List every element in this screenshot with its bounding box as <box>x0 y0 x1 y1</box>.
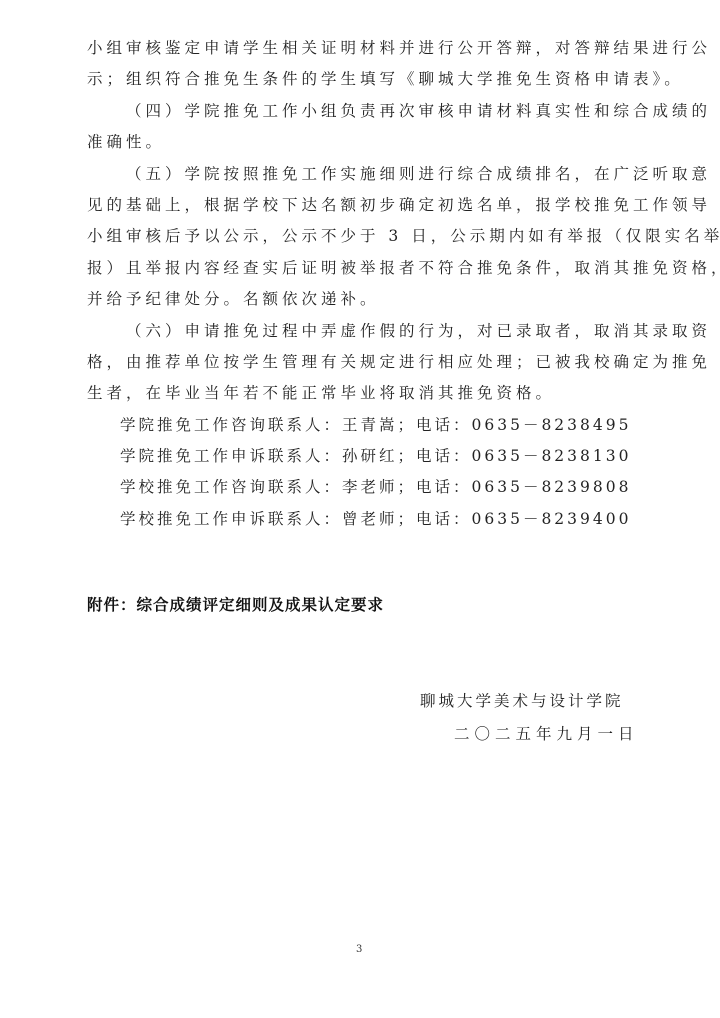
page-number: 3 <box>356 944 362 955</box>
paragraph-line: 准确性。 <box>87 127 635 158</box>
attachment-title: 附件：综合成绩评定细则及成果认定要求 <box>87 593 384 615</box>
paragraph-line: （六）申请推免过程中弄虚作假的行为，对已录取者，取消其录取资 <box>87 316 635 347</box>
paragraph-line: 小组审核鉴定申请学生相关证明材料并进行公开答辩，对答辩结果进行公 <box>87 33 635 64</box>
paragraph-line: 见的基础上，根据学校下达名额初步确定初选名单，报学校推免工作领导 <box>87 190 635 221</box>
signature-organization: 聊城大学美术与设计学院 <box>420 685 639 718</box>
paragraph-line: 生者，在毕业当年若不能正常毕业将取消其推免资格。 <box>87 378 635 409</box>
document-page: 小组审核鉴定申请学生相关证明材料并进行公开答辩，对答辩结果进行公 示；组织符合推… <box>0 0 720 1018</box>
paragraph-line: （四）学院推免工作小组负责再次审核申请材料真实性和综合成绩的 <box>87 96 635 127</box>
signature-block: 聊城大学美术与设计学院 二〇二五年九月一日 <box>420 685 639 751</box>
body-text: 小组审核鉴定申请学生相关证明材料并进行公开答辩，对答辩结果进行公 示；组织符合推… <box>87 33 635 535</box>
contact-line: 学校推免工作咨询联系人：李老师；电话：0635－8239808 <box>87 472 635 503</box>
paragraph-line: 格，由推荐单位按学生管理有关规定进行相应处理；已被我校确定为推免 <box>87 347 635 378</box>
paragraph-line: 示；组织符合推免生条件的学生填写《聊城大学推免生资格申请表》。 <box>87 64 635 95</box>
contact-line: 学院推免工作申诉联系人：孙研红；电话：0635－8238130 <box>87 441 635 472</box>
paragraph-line: 报）且举报内容经查实后证明被举报者不符合推免条件，取消其推免资格， <box>87 253 635 284</box>
paragraph-line: 并给予纪律处分。名额依次递补。 <box>87 284 635 315</box>
paragraph-line: 小组审核后予以公示，公示不少于 3 日，公示期内如有举报（仅限实名举 <box>87 221 635 252</box>
contact-line: 学校推免工作申诉联系人：曾老师；电话：0635－8239400 <box>87 504 635 535</box>
contact-line: 学院推免工作咨询联系人：王青嵩；电话：0635－8238495 <box>87 410 635 441</box>
signature-date: 二〇二五年九月一日 <box>420 718 639 751</box>
paragraph-line: （五）学院按照推免工作实施细则进行综合成绩排名，在广泛听取意 <box>87 159 635 190</box>
